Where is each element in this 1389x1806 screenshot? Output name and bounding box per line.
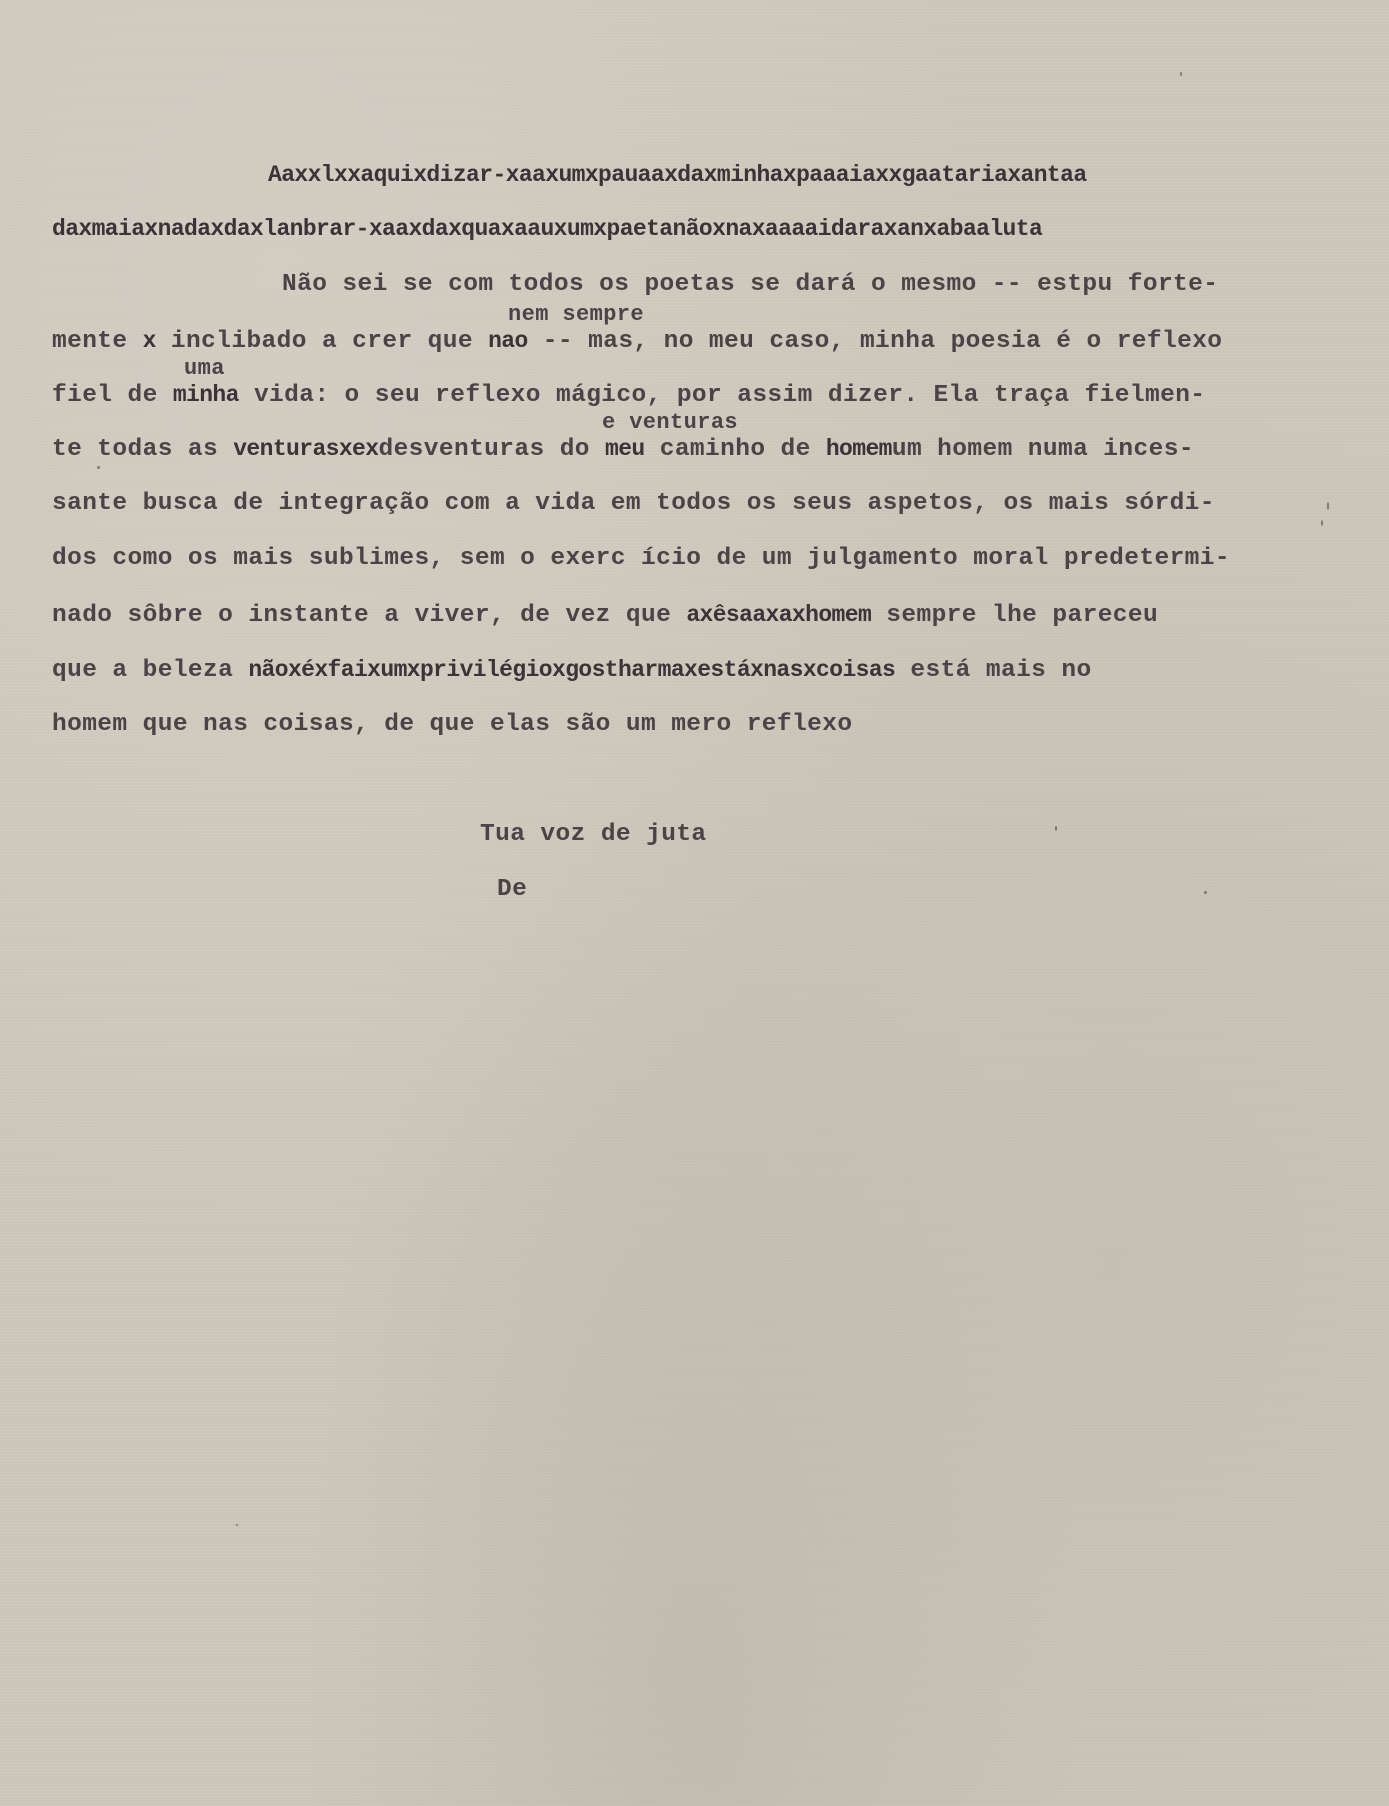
text-segment: mente <box>52 328 143 355</box>
struck-word: meu <box>605 436 645 462</box>
text-segment: que a beleza <box>52 657 248 684</box>
paragraph-line-4: te todas as venturasxexdesventuras do me… <box>52 434 1194 465</box>
text-segment: -- mas, no meu caso, minha poesia é o re… <box>528 328 1223 355</box>
text-segment: vida: o seu reflexo mágico, por assim di… <box>239 382 1206 409</box>
text-segment: um homem numa inces- <box>892 436 1194 463</box>
paragraph-line-7: nado sôbre o instante a viver, de vez qu… <box>52 600 1158 631</box>
text-segment: nado sôbre o instante a viver, de vez qu… <box>52 602 686 629</box>
paragraph-line-5: sante busca de integração com a vida em … <box>52 489 1215 519</box>
struck-word: venturasxex <box>233 436 378 462</box>
paper-speck <box>1321 520 1323 526</box>
struck-word: axêsaaxaxhomem <box>686 602 871 628</box>
paragraph-line-2: mente x inclibado a crer que nao -- mas,… <box>52 326 1222 357</box>
paragraph-line-8: que a beleza nãoxéxfaixumxprivilégioxgos… <box>52 655 1092 686</box>
closing-title: Tua voz de juta <box>480 820 707 850</box>
struck-word: minha <box>173 382 239 408</box>
struck-word: nao <box>488 328 528 354</box>
paper-speck <box>1180 72 1182 76</box>
struck-word: homem <box>826 436 892 462</box>
struck-word: x <box>143 328 156 354</box>
text-segment: inclibado a crer que <box>156 328 488 355</box>
text-segment: sempre lhe pareceu <box>871 602 1158 629</box>
paper-speck <box>97 466 100 469</box>
struck-out-line-1: Aaxxlxxaquixdizar-xaaxumxpauaaxdaxminhax… <box>268 160 1087 190</box>
paper-speck <box>1055 826 1057 831</box>
text-segment: caminho de <box>645 436 826 463</box>
paper-speck <box>236 1524 238 1526</box>
text-segment: te todas as <box>52 436 233 463</box>
typewritten-page: Aaxxlxxaquixdizar-xaaxumxpauaaxdaxminhax… <box>0 0 1389 1806</box>
text-segment: desventuras do <box>378 436 605 463</box>
paper-speck <box>1204 891 1207 894</box>
struck-out-line-2: daxmaiaxnadaxdaxlanbrar-xaaxdaxquaxaauxu… <box>52 214 1042 244</box>
paragraph-line-1: Não sei se com todos os poetas se dará o… <box>282 270 1218 300</box>
text-segment: fiel de <box>52 382 173 409</box>
paper-speck <box>1327 502 1329 510</box>
struck-word: nãoxéxfaixumxprivilégioxgostharmaxestáxn… <box>248 657 895 683</box>
paragraph-line-6: dos como os mais sublimes, sem o exerc í… <box>52 544 1230 574</box>
closing-line: De <box>497 875 527 905</box>
text-segment: está mais no <box>895 657 1091 684</box>
paragraph-line-9: homem que nas coisas, de que elas são um… <box>52 710 852 740</box>
paragraph-line-3: fiel de minha vida: o seu reflexo mágico… <box>52 380 1205 411</box>
